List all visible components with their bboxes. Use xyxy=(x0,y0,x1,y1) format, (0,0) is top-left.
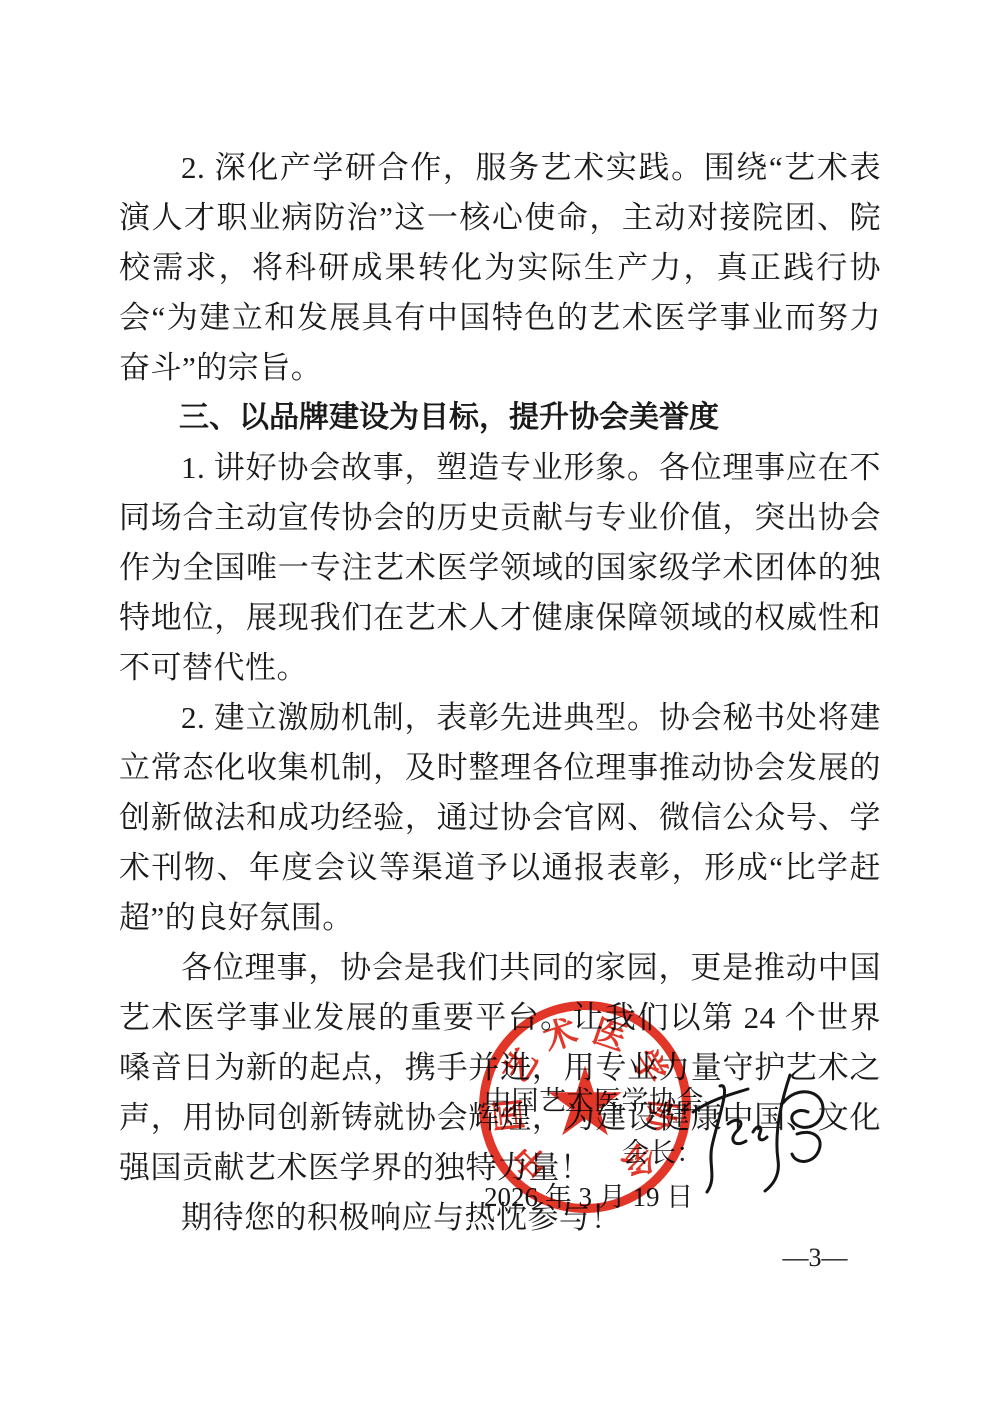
letter-date: 2026 年 3 月 19 日 xyxy=(484,1175,693,1214)
org-name: 中国艺术医学协会 xyxy=(484,1079,704,1118)
president-signature xyxy=(686,1070,838,1198)
section-heading-brand-building: 三、以品牌建设为目标，提升协会美誉度 xyxy=(119,393,881,443)
paragraph-tell-story: 1. 讲好协会故事，塑造专业形象。各位理事应在不同场合主动宣传协会的历史贡献与专… xyxy=(119,443,881,693)
paragraph-deepen-cooperation: 2. 深化产学研合作，服务艺术实践。围绕“艺术表演人才职业病防治”这一核心使命，… xyxy=(119,143,881,393)
document-page: 2. 深化产学研合作，服务艺术实践。围绕“艺术表演人才职业病防治”这一核心使命，… xyxy=(0,0,1000,1414)
page-number: —3— xyxy=(745,1243,885,1273)
paragraph-incentive-mechanism: 2. 建立激励机制，表彰先进典型。协会秘书处将建立常态化收集机制，及时整理各位理… xyxy=(119,693,881,943)
